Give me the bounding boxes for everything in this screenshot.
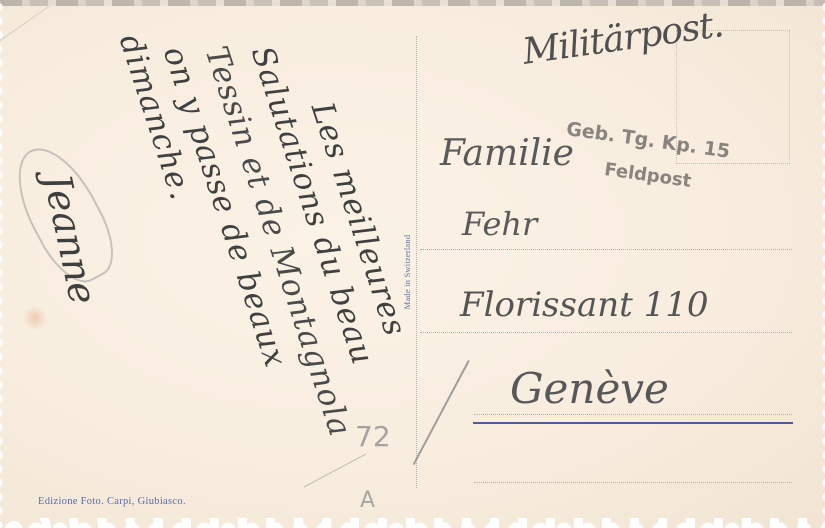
made-in-imprint: Made in Switzerland [402, 235, 412, 310]
center-divider [416, 36, 417, 488]
address-line-2: Fehr [462, 205, 537, 243]
address-rule-1 [420, 249, 792, 250]
pencil-note-letter: A [360, 488, 375, 513]
publisher-imprint: Edizione Foto. Carpi, Giubiasco. [38, 496, 186, 507]
address-line-3: Florissant 110 [460, 285, 709, 325]
corner-crease [0, 6, 50, 41]
postcard-back: Les meilleures Salutations du beau Tessi… [0, 0, 825, 528]
address-rule-3 [474, 414, 792, 415]
deckled-edge-left [0, 0, 5, 528]
handwriting-tail-stroke [413, 360, 470, 465]
deckled-edge-bottom [0, 518, 825, 528]
pencil-note-number: 72 [355, 420, 391, 453]
address-rule-2 [420, 332, 792, 333]
foxing-stain [22, 306, 48, 330]
pencil-stroke [304, 454, 366, 488]
address-line-4: Genève [510, 364, 669, 413]
deckled-edge-right [820, 0, 825, 528]
deckled-edge-top [0, 0, 825, 6]
address-line-1: Familie [440, 133, 574, 174]
blue-underline-rule [473, 422, 793, 424]
address-rule-4 [474, 482, 792, 483]
